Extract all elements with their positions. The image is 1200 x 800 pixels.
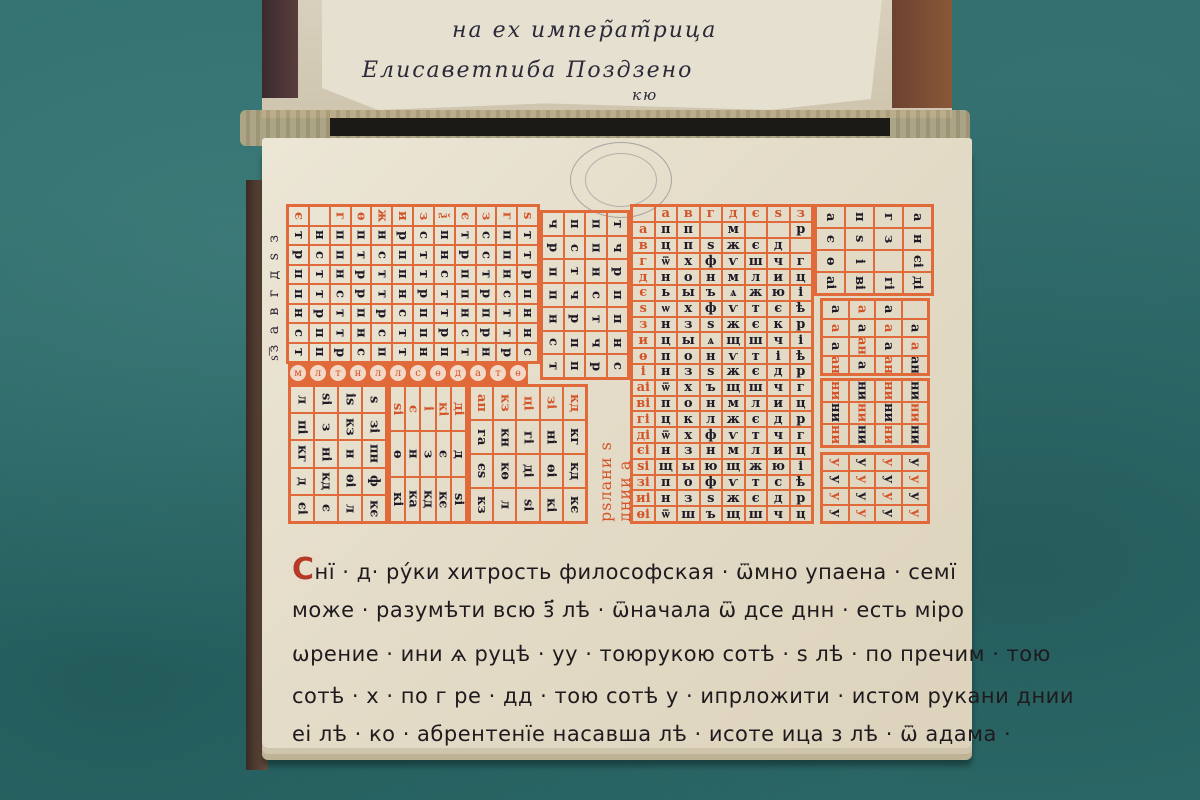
table-cell: п bbox=[585, 212, 607, 236]
table-cell: р bbox=[585, 354, 607, 378]
table-cell: с bbox=[476, 226, 497, 246]
table-cell: ѵ bbox=[722, 475, 745, 491]
table-cell: з bbox=[632, 317, 655, 333]
table-cell: є bbox=[436, 431, 451, 476]
table-cell: р bbox=[351, 284, 372, 304]
table-cell bbox=[632, 206, 655, 222]
table-cell: т bbox=[542, 354, 564, 378]
table-cell: кє bbox=[436, 477, 451, 522]
table-cell: ѳ bbox=[632, 348, 655, 364]
table-cell: ни bbox=[849, 424, 876, 446]
table-cell: к bbox=[677, 411, 700, 427]
binding-gap bbox=[330, 118, 890, 136]
table-cell: н bbox=[655, 443, 678, 459]
table-cell: п bbox=[542, 283, 564, 307]
table-cell: р bbox=[309, 304, 330, 324]
table-cell: л bbox=[745, 269, 768, 285]
table-cell: р bbox=[434, 323, 455, 343]
table-right-middle: ааааааааанааанаанан bbox=[820, 298, 930, 376]
text-line-5: еі лѣ · ко · абрентенїе насавша лѣ · исо… bbox=[292, 722, 1011, 746]
book-cover-top: на ех импер̃ат̃рица Елисаветпиба Поздзен… bbox=[262, 0, 952, 118]
table-cell: с bbox=[392, 304, 413, 324]
table-cell: ан bbox=[822, 356, 849, 375]
table-cell: ю bbox=[767, 459, 790, 475]
table-cell: у bbox=[849, 505, 876, 522]
table-cell: н bbox=[351, 323, 372, 343]
table-cell: н bbox=[700, 348, 723, 364]
table-cell: т bbox=[455, 343, 476, 363]
table-cell: з bbox=[677, 364, 700, 380]
table-cell: д bbox=[767, 364, 790, 380]
table-cell: ап bbox=[470, 386, 493, 420]
table-cell: ы bbox=[677, 285, 700, 301]
table-cell: м bbox=[722, 443, 745, 459]
table-cell: ѳ bbox=[390, 431, 405, 476]
table-cell: и bbox=[632, 332, 655, 348]
table-cell: з bbox=[420, 431, 435, 476]
table-cell: а bbox=[902, 337, 929, 356]
table-cell: кг bbox=[290, 440, 314, 467]
ornament-medallion: м bbox=[290, 365, 306, 381]
table-cell: ѕі bbox=[451, 477, 466, 522]
table-cell: а bbox=[849, 300, 876, 319]
table-cell: з bbox=[677, 317, 700, 333]
table-cell: ъ bbox=[700, 380, 723, 396]
table-cell: ы bbox=[677, 459, 700, 475]
table-right-lower: нининининининининининини bbox=[820, 378, 930, 448]
table-cell: ь bbox=[655, 285, 678, 301]
table-cell: ни bbox=[822, 380, 849, 402]
table-cell: д bbox=[767, 490, 790, 506]
table-cell: ѣ bbox=[790, 301, 813, 317]
table-cell: ѵ bbox=[722, 427, 745, 443]
ornament-medallion: л bbox=[370, 365, 386, 381]
table-cell: н bbox=[903, 228, 932, 250]
table-cell: ѵ bbox=[722, 253, 745, 269]
table-cell: є bbox=[745, 317, 768, 333]
table-cell: х bbox=[677, 253, 700, 269]
table-cell: щ bbox=[655, 459, 678, 475]
table-cell: р bbox=[790, 317, 813, 333]
table-cell: ѧ bbox=[722, 285, 745, 301]
table-cell: н bbox=[700, 269, 723, 285]
table-cell: у bbox=[902, 488, 929, 505]
table-cell: ѕі bbox=[516, 488, 539, 522]
table-cell: н bbox=[542, 307, 564, 331]
table-cell: иі bbox=[632, 490, 655, 506]
table-cell: п bbox=[607, 283, 629, 307]
table-cell: у bbox=[822, 488, 849, 505]
table-cell: т bbox=[496, 323, 517, 343]
table-cell: ѣ bbox=[790, 475, 813, 491]
table-cell: н bbox=[309, 226, 330, 246]
table-cell: с bbox=[585, 283, 607, 307]
table-cell: ф bbox=[700, 301, 723, 317]
table-cell: н bbox=[496, 265, 517, 285]
table-left-top-right-block: чпптрспчптнрпчспнртпспчнтпрс bbox=[540, 210, 630, 380]
table-cell: п bbox=[392, 265, 413, 285]
table-cell: н bbox=[476, 343, 497, 363]
table-cell: ш bbox=[745, 332, 768, 348]
table-cell: ді bbox=[451, 386, 466, 431]
table-cell: ѕ bbox=[700, 364, 723, 380]
table-cell: н bbox=[338, 440, 362, 467]
table-cell: ді bbox=[903, 272, 932, 294]
table-cell: а bbox=[849, 356, 876, 375]
cover-inscription-line1: на ех импер̃ат̃рица bbox=[452, 18, 717, 43]
table-cell: т bbox=[455, 226, 476, 246]
table-cell: р bbox=[790, 411, 813, 427]
table-cell: у bbox=[902, 505, 929, 522]
table-left-bottom-middle: ѕієікідіѳнзєдкікакдкєѕі bbox=[388, 384, 468, 524]
table-cell: н bbox=[455, 304, 476, 324]
table-cell: ю bbox=[700, 459, 723, 475]
table-cell: п bbox=[496, 245, 517, 265]
table-cell: н bbox=[405, 431, 420, 476]
table-cell: п bbox=[288, 284, 309, 304]
table-cell: ѵ bbox=[722, 348, 745, 364]
table-cell: и bbox=[392, 206, 413, 226]
table-left-bottom-right: апкзцізікдгакнгінікгєѕкѳдіѳікдкзлѕікікє bbox=[468, 384, 588, 524]
table-cell: з bbox=[476, 206, 497, 226]
table-cell: т bbox=[371, 284, 392, 304]
table-cell: ж bbox=[722, 411, 745, 427]
table-cell: и bbox=[767, 443, 790, 459]
table-cell: зі bbox=[632, 475, 655, 491]
table-cell: ж bbox=[745, 285, 768, 301]
table-cell: п bbox=[434, 226, 455, 246]
table-cell: ни bbox=[822, 402, 849, 424]
table-cell: у bbox=[875, 471, 902, 488]
table-cell: п bbox=[677, 238, 700, 254]
table-cell: а bbox=[875, 300, 902, 319]
table-cell: кє bbox=[362, 495, 386, 522]
table-cell: і bbox=[767, 348, 790, 364]
table-cell: п bbox=[517, 284, 538, 304]
table-cell: гі bbox=[632, 411, 655, 427]
table-cell: ан bbox=[849, 337, 876, 356]
table-cell: т bbox=[517, 226, 538, 246]
table-cell: у bbox=[849, 471, 876, 488]
table-cell: ц bbox=[790, 506, 813, 522]
table-cell: м bbox=[722, 269, 745, 285]
table-cell: л bbox=[700, 411, 723, 427]
table-cell: н bbox=[607, 331, 629, 355]
table-cell: р bbox=[455, 245, 476, 265]
table-cell: ни bbox=[822, 424, 849, 446]
table-cell: є bbox=[745, 364, 768, 380]
table-cell: аі bbox=[816, 272, 845, 294]
table-cell: н bbox=[585, 259, 607, 283]
table-cell: щ bbox=[722, 506, 745, 522]
margin-note: ѕ͞з а в г д ѕ з bbox=[266, 232, 282, 361]
table-cell bbox=[767, 222, 790, 238]
table-cell: ні bbox=[314, 440, 338, 467]
table-cell: кд bbox=[314, 468, 338, 495]
table-cell: з bbox=[677, 490, 700, 506]
table-cell: с bbox=[455, 323, 476, 343]
table-cell: і bbox=[845, 250, 874, 272]
table-cell: н bbox=[371, 226, 392, 246]
table-cell: у bbox=[822, 471, 849, 488]
leather-strap-right bbox=[892, 0, 952, 108]
table-cell: т bbox=[351, 245, 372, 265]
table-cell: н bbox=[413, 343, 434, 363]
table-cell: т bbox=[288, 226, 309, 246]
table-cell: єѕ bbox=[470, 454, 493, 488]
table-cell: к bbox=[767, 317, 790, 333]
table-cell: т bbox=[413, 265, 434, 285]
table-cell: р bbox=[496, 343, 517, 363]
table-cell: г bbox=[790, 253, 813, 269]
table-cell: с bbox=[496, 284, 517, 304]
table-cell: т bbox=[564, 259, 586, 283]
table-cell: м bbox=[722, 396, 745, 412]
ornament-medallion: ѳ bbox=[430, 365, 446, 381]
table-cell: п bbox=[330, 226, 351, 246]
table-cell: п bbox=[476, 304, 497, 324]
table-cell: ѕ bbox=[517, 206, 538, 226]
table-cell: н bbox=[392, 284, 413, 304]
table-cell: ѯ bbox=[434, 206, 455, 226]
table-cell: є bbox=[745, 206, 768, 222]
table-cell: т bbox=[585, 307, 607, 331]
table-cell: п bbox=[309, 323, 330, 343]
table-cell: п bbox=[542, 259, 564, 283]
table-cell: т bbox=[309, 265, 330, 285]
table-cell: м bbox=[722, 222, 745, 238]
table-cell: а bbox=[903, 206, 932, 228]
table-cell: ѕ bbox=[845, 228, 874, 250]
table-cell: т bbox=[392, 323, 413, 343]
table-cell: і bbox=[420, 386, 435, 431]
table-cell: ж bbox=[371, 206, 392, 226]
table-cell: ѡ bbox=[655, 301, 678, 317]
cover-paper-label bbox=[322, 0, 882, 110]
table-cell: р bbox=[790, 490, 813, 506]
table-cell: є bbox=[288, 206, 309, 226]
table-cell: ю bbox=[767, 285, 790, 301]
table-cell: а bbox=[849, 319, 876, 338]
table-cell: п bbox=[607, 307, 629, 331]
table-cell: є bbox=[767, 301, 790, 317]
table-cell: х bbox=[677, 427, 700, 443]
table-cell: ц bbox=[790, 269, 813, 285]
table-cell: га bbox=[470, 420, 493, 454]
text-line-3: ѡрение · ини ѧ руцѣ · уу · тоюрукою сотѣ… bbox=[292, 642, 1051, 666]
table-cell: т bbox=[392, 343, 413, 363]
table-cell: є bbox=[745, 411, 768, 427]
table-cell: т bbox=[745, 427, 768, 443]
table-cell: т bbox=[413, 245, 434, 265]
text-line-4: сотѣ · х · по г ре · дд · тою сотѣ у · и… bbox=[292, 684, 1074, 708]
table-cell: кз bbox=[338, 413, 362, 440]
table-cell: у bbox=[875, 454, 902, 471]
table-cell: с bbox=[564, 236, 586, 260]
table-cell: д bbox=[451, 431, 466, 476]
table-right-top: апгаєѕзнѳієіаівігіді bbox=[814, 204, 934, 296]
table-cell: ж bbox=[722, 490, 745, 506]
table-cell: ѕ bbox=[767, 206, 790, 222]
ornament-medallion: а bbox=[470, 365, 486, 381]
table-cell: р bbox=[790, 364, 813, 380]
table-cell: п bbox=[371, 343, 392, 363]
table-cell: л bbox=[290, 386, 314, 413]
table-cell: н bbox=[330, 265, 351, 285]
table-cell: н bbox=[517, 323, 538, 343]
table-cell: аі bbox=[632, 380, 655, 396]
table-cell: ві bbox=[845, 272, 874, 294]
table-cell bbox=[309, 206, 330, 226]
table-cell: ді bbox=[632, 427, 655, 443]
table-cell: р bbox=[607, 259, 629, 283]
table-cell: ни bbox=[902, 402, 929, 424]
ornament-medallion: т bbox=[330, 365, 346, 381]
ornament-medallion: с bbox=[410, 365, 426, 381]
table-cell: кд bbox=[563, 454, 586, 488]
table-cell: н bbox=[700, 443, 723, 459]
table-cell: кд bbox=[563, 386, 586, 420]
table-cell: є bbox=[455, 206, 476, 226]
table-cell: ан bbox=[902, 356, 929, 375]
table-cell: т bbox=[745, 348, 768, 364]
ornament-medallion: н bbox=[350, 365, 366, 381]
table-cell: кз bbox=[493, 386, 516, 420]
table-cell: ш bbox=[745, 506, 768, 522]
table-cell: ф bbox=[700, 427, 723, 443]
table-cell: г bbox=[790, 380, 813, 396]
table-cell: ѳ bbox=[351, 206, 372, 226]
table-cell: ф bbox=[700, 475, 723, 491]
table-cell: н bbox=[517, 304, 538, 324]
table-cell: ч bbox=[767, 506, 790, 522]
table-cell: ві bbox=[632, 396, 655, 412]
table-cell: ни bbox=[902, 380, 929, 402]
table-cell: і bbox=[632, 364, 655, 380]
table-cell: ѿ bbox=[655, 380, 678, 396]
table-cell: ни bbox=[875, 380, 902, 402]
table-cell: ни bbox=[875, 424, 902, 446]
table-cell: ці bbox=[516, 386, 539, 420]
table-cell: д bbox=[767, 238, 790, 254]
table-cell: о bbox=[677, 396, 700, 412]
table-cell: и bbox=[767, 396, 790, 412]
table-cell: п bbox=[351, 304, 372, 324]
table-cell: п bbox=[496, 226, 517, 246]
table-cell: п bbox=[655, 396, 678, 412]
table-cell: ч bbox=[607, 236, 629, 260]
table-cell: н bbox=[655, 490, 678, 506]
table-cell: кз bbox=[470, 488, 493, 522]
leather-strap-left bbox=[262, 0, 298, 98]
table-cell: ж bbox=[745, 459, 768, 475]
text-line-2: може · разумѣти всю з҃ лѣ · ѿначала ѿ дс… bbox=[292, 598, 965, 622]
table-cell: д bbox=[722, 206, 745, 222]
table-cell: р bbox=[542, 236, 564, 260]
table-cell: ц bbox=[790, 396, 813, 412]
table-cell: ѧ bbox=[700, 332, 723, 348]
table-cell: р bbox=[371, 304, 392, 324]
table-cell: у bbox=[902, 471, 929, 488]
table-middle-alphabet: авгдєѕзаппмрвцпѕжєдгѿхфѵшчгднонмлицєьыъѧ… bbox=[630, 204, 814, 524]
table-cell: ні bbox=[540, 420, 563, 454]
ornament-medallion: т bbox=[490, 365, 506, 381]
table-cell: г bbox=[632, 253, 655, 269]
table-cell: у bbox=[822, 505, 849, 522]
table-cell: р bbox=[330, 343, 351, 363]
table-cell: л bbox=[745, 396, 768, 412]
cover-inscription-line3: кю bbox=[632, 86, 658, 104]
table-cell: в bbox=[677, 206, 700, 222]
text-line-1-content: нї · д· ру́ки хитрость философская · ѿмн… bbox=[315, 560, 957, 584]
table-cell: ѿ bbox=[655, 253, 678, 269]
table-cell bbox=[790, 238, 813, 254]
table-cell: а bbox=[902, 319, 929, 338]
table-cell: с bbox=[434, 265, 455, 285]
table-cell: єі bbox=[632, 443, 655, 459]
table-cell: ѣ bbox=[790, 348, 813, 364]
table-cell: ѕ bbox=[632, 301, 655, 317]
table-cell: у bbox=[849, 454, 876, 471]
table-cell bbox=[874, 250, 903, 272]
table-cell: г bbox=[330, 206, 351, 226]
table-cell: т bbox=[309, 284, 330, 304]
table-cell: є bbox=[816, 228, 845, 250]
table-cell: с bbox=[330, 284, 351, 304]
table-cell: ф bbox=[700, 253, 723, 269]
ornament-medallion: л bbox=[390, 365, 406, 381]
table-cell: т bbox=[745, 301, 768, 317]
table-cell: а bbox=[822, 300, 849, 319]
table-cell: п bbox=[455, 265, 476, 285]
table-cell: є bbox=[405, 386, 420, 431]
table-cell: ѕ bbox=[362, 386, 386, 413]
table-cell: р bbox=[476, 323, 497, 343]
table-cell: т bbox=[496, 304, 517, 324]
table-cell: п bbox=[413, 323, 434, 343]
table-cell: ф bbox=[362, 468, 386, 495]
table-cell: л bbox=[745, 443, 768, 459]
table-cell: н bbox=[434, 245, 455, 265]
table-cell: ѕі bbox=[314, 386, 338, 413]
table-cell: г bbox=[700, 206, 723, 222]
table-cell: р bbox=[564, 307, 586, 331]
table-cell: п bbox=[330, 245, 351, 265]
table-cell bbox=[745, 222, 768, 238]
table-cell: с bbox=[476, 245, 497, 265]
table-cell: є bbox=[632, 285, 655, 301]
table-cell: кд bbox=[420, 477, 435, 522]
table-cell: н bbox=[655, 269, 678, 285]
table-cell: пн bbox=[362, 440, 386, 467]
table-cell: т bbox=[288, 343, 309, 363]
table-cell: ка bbox=[405, 477, 420, 522]
table-cell: ѕ bbox=[700, 490, 723, 506]
table-cell: х bbox=[677, 380, 700, 396]
table-cell: т bbox=[476, 265, 497, 285]
table-cell: ж bbox=[722, 364, 745, 380]
table-cell: с bbox=[309, 245, 330, 265]
table-cell: гі bbox=[516, 420, 539, 454]
table-cell: т bbox=[434, 304, 455, 324]
table-cell: щ bbox=[722, 332, 745, 348]
table-cell: ан bbox=[875, 356, 902, 375]
table-cell: п bbox=[288, 265, 309, 285]
text-line-1: Снї · д· ру́ки хитрость философская · ѿм… bbox=[292, 552, 956, 587]
table-cell: іѕ bbox=[338, 386, 362, 413]
table-cell: с bbox=[288, 323, 309, 343]
table-cell: ч bbox=[767, 380, 790, 396]
